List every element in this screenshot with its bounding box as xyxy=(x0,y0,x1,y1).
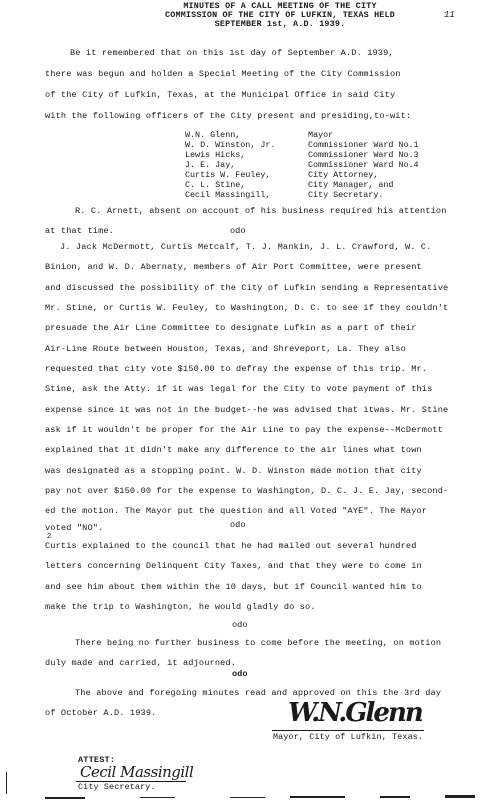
taxes-line: letters concerning Delinquent City Taxes… xyxy=(45,561,422,571)
scan-edge-mark xyxy=(45,797,85,799)
absent-line: at that time. xyxy=(45,226,114,236)
officer-name: W. D. Winston, Jr. xyxy=(185,140,275,150)
section-separator: odo xyxy=(230,520,245,530)
airport-line: voted "NO". xyxy=(45,523,103,533)
officer-name: Curtis W. Feuley, xyxy=(185,170,270,180)
scan-edge-mark xyxy=(445,795,475,798)
scan-edge-mark xyxy=(290,796,345,798)
airport-line: J. Jack McDermott, Curtis Metcalf, T. J.… xyxy=(60,242,432,252)
margin-mark: 2 xyxy=(47,533,51,541)
taxes-line: make the trip to Washington, he would gl… xyxy=(45,602,316,612)
officer-name: W.N. Glenn, xyxy=(185,130,240,140)
airport-line: ask if it wouldn't be proper for the Air… xyxy=(45,425,443,435)
officer-name: Lewis Hicks, xyxy=(185,150,245,160)
officer-name: Cecil Massingill, xyxy=(185,190,270,200)
officer-title: Mayor xyxy=(308,130,333,140)
approval-line: The above and foregoing minutes read and… xyxy=(75,688,441,698)
adjourn-line: There being no further business to come … xyxy=(75,638,441,648)
airport-line: Mr. Stine, or Curtis W. Feuley, to Washi… xyxy=(45,303,448,313)
airport-line: and discussed the possibility of the Cit… xyxy=(45,283,448,293)
scan-edge-mark xyxy=(380,796,410,798)
officer-title: City Secretary. xyxy=(308,190,383,200)
adjourn-line: duly made and carried, it adjourned. xyxy=(45,658,236,668)
airport-line: Air-Line Route between Houston, Texas, a… xyxy=(45,344,406,354)
officer-name: J. E. Jay, xyxy=(185,160,235,170)
section-separator: odo xyxy=(232,620,247,630)
title-line-3: SEPTEMBER 1st, A.D. 1939. xyxy=(150,20,410,29)
officer-name: C. L. Stine, xyxy=(185,180,245,190)
mayor-signature: W.N.Glenn xyxy=(288,698,422,728)
intro-line: of the City of Lufkin, Texas, at the Mun… xyxy=(45,90,395,100)
scan-edge-mark xyxy=(230,797,265,798)
airport-line: requested that city vote $150.00 to defr… xyxy=(45,364,427,374)
mayor-signature-line xyxy=(272,730,424,731)
secretary-signature: Cecil Massingill xyxy=(80,763,193,781)
airport-line: pay not over $150.00 for the expense to … xyxy=(45,486,448,496)
secretary-caption: City Secretary. xyxy=(78,782,156,792)
airport-line: presuade the Air Line Committee to desig… xyxy=(45,323,417,333)
airport-line: Stine, ask the Atty. if it was legal for… xyxy=(45,384,432,394)
officer-title: City Attorney, xyxy=(308,170,378,180)
approval-line: of October A.D. 1939. xyxy=(45,708,156,718)
airport-line: was designated as a stopping point. W. D… xyxy=(45,466,422,476)
intro-line: there was begun and holden a Special Mee… xyxy=(45,69,401,79)
officer-title: Commissioner Ward No.1 xyxy=(308,140,419,150)
absent-line: R. C. Arnett, absent on account of his b… xyxy=(75,206,447,216)
section-separator: odo xyxy=(230,226,245,236)
officer-title: Commissioner Ward No.4 xyxy=(308,160,419,170)
airport-line: ed the motion. The Mayor put the questio… xyxy=(45,506,427,516)
scan-edge-mark xyxy=(140,797,175,798)
airport-line: expense since it was not in the budget--… xyxy=(45,405,448,415)
mayor-caption: Mayor, City of Lufkin, Texas. xyxy=(273,732,423,742)
intro-line: Be it remembered that on this 1st day of… xyxy=(70,48,394,58)
taxes-line: and see him about them within the 10 day… xyxy=(45,582,422,592)
taxes-line: Curtis explained to the council that he … xyxy=(45,541,417,551)
intro-line: with the following officers of the City … xyxy=(45,111,411,121)
officer-title: City Manager, and xyxy=(308,180,393,190)
airport-line: explained that it didn't make any differ… xyxy=(45,445,422,455)
page-number: 11 xyxy=(444,10,455,20)
minutes-page: MINUTES OF A CALL MEETING OF THE CITY CO… xyxy=(0,0,488,800)
officer-title: Commissioner Ward No.3 xyxy=(308,150,419,160)
scan-edge-mark xyxy=(6,772,7,794)
airport-line: Binion, and W. D. Abernaty, members of A… xyxy=(45,262,422,272)
section-separator: odo xyxy=(232,669,247,679)
